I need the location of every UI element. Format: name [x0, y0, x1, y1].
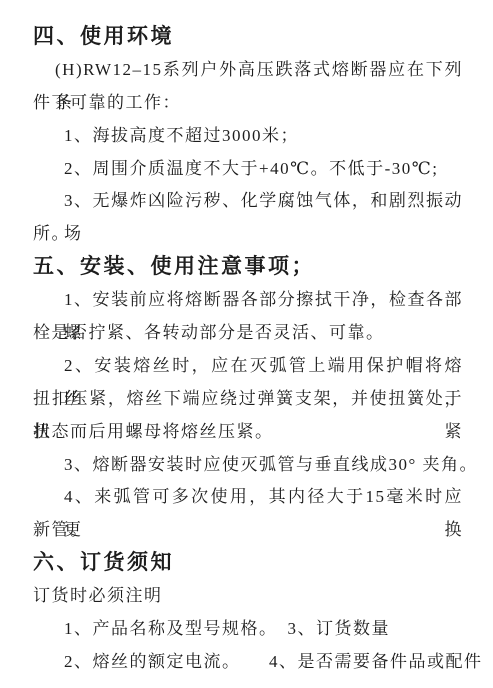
text-line: 1、安装前应将熔断器各部分擦拭干净，检查各部螺	[33, 284, 463, 317]
text-line: 栓是否拧紧、各转动部分是否灵活、可靠。	[33, 317, 463, 350]
text-line: 件下可靠的工作：	[33, 87, 463, 120]
text-line: 3、熔断器安装时应使灭弧管与垂直线成30° 夹角。	[33, 449, 463, 482]
text-line: 2、周围介质温度不大于+40℃。不低于-30℃;	[33, 153, 463, 186]
text-line: 扭扣压紧，熔丝下端应绕过弹簧支架，并使扭簧处于扭紧	[33, 383, 463, 416]
text-line: 2、熔丝的额定电流。 4、是否需要备件品或配件	[33, 646, 463, 679]
document-page: 四、使用环境(H)RW12–15系列户外高压跌落式熔断器应在下列条件下可靠的工作…	[0, 0, 493, 688]
text-line: 所。	[33, 218, 463, 251]
text-line: 3、无爆炸凶险污秽、化学腐蚀气体，和剧烈振动场	[33, 185, 463, 218]
text-line: 1、产品名称及型号规格。 3、订货数量	[33, 613, 463, 646]
section-heading: 四、使用环境	[33, 21, 463, 54]
document-content: 四、使用环境(H)RW12–15系列户外高压跌落式熔断器应在下列条件下可靠的工作…	[33, 21, 463, 679]
text-line: 4、来弧管可多次使用，其内径大于15毫米时应更换	[33, 481, 463, 514]
text-line: 订货时必须注明	[33, 580, 463, 613]
section-heading: 五、安装、使用注意事项；	[33, 251, 463, 284]
text-line: (H)RW12–15系列户外高压跌落式熔断器应在下列条	[33, 54, 463, 87]
text-line: 1、海拔高度不超过3000米；	[33, 120, 463, 153]
text-line: 2、安装熔丝时，应在灭弧管上端用保护帽将熔丝，	[33, 350, 463, 383]
section-heading: 六、订货须知	[33, 547, 463, 580]
